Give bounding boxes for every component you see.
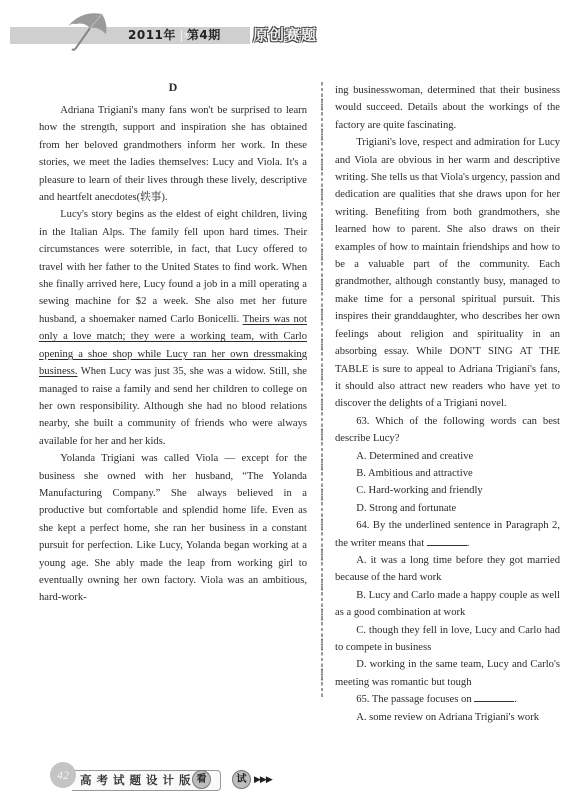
footer-badge-kan: 看 — [192, 770, 211, 789]
question-65-text: 65. The passage focuses on — [356, 694, 474, 705]
question-65-stem: 65. The passage focuses on . — [335, 691, 560, 708]
footer-title: 高考试题设计版 — [80, 771, 196, 789]
question-63-option-d: D. Strong and fortunate — [335, 500, 560, 517]
paragraph-3-continued: ing businesswoman, determined that their… — [335, 82, 560, 134]
question-65-period: . — [514, 694, 517, 705]
question-63-option-c: C. Hard-working and friendly — [335, 482, 560, 499]
issue-label: 2011年第4期 — [128, 27, 221, 44]
question-63-option-a: A. Determined and creative — [335, 448, 560, 465]
question-64-option-b: B. Lucy and Carlo made a happy couple as… — [335, 587, 560, 622]
page-number: 42 — [50, 762, 76, 788]
paragraph-2-intro: Lucy's story begins as the eldest of eig… — [39, 209, 307, 324]
answer-blank — [474, 691, 514, 702]
question-64-period: . — [467, 538, 470, 549]
column-divider — [318, 82, 326, 697]
issue-number: 第4期 — [187, 28, 221, 42]
chevrons-icon: ››› — [183, 27, 190, 44]
paragraph-2: Lucy's story begins as the eldest of eig… — [39, 206, 307, 450]
question-64-option-c: C. though they fell in love, Lucy and Ca… — [335, 622, 560, 657]
issue-year: 2011年 — [128, 28, 176, 42]
left-column: D Adriana Trigiani's many fans won't be … — [39, 70, 307, 607]
page-header: 2011年第4期 ››› 原创赛题 — [0, 0, 581, 60]
question-64-option-a: A. it was a long time before they got ma… — [335, 552, 560, 587]
paragraph-2-rest: When Lucy was just 35, she was a widow. … — [39, 366, 307, 447]
question-63-option-b: B. Ambitious and attractive — [335, 465, 560, 482]
paragraph-4: Trigiani's love, respect and admiration … — [335, 134, 560, 413]
question-65-option-a: A. some review on Adriana Trigiani's wor… — [335, 709, 560, 726]
issue-separator — [181, 30, 182, 42]
paragraph-3: Yolanda Trigiani was called Viola — exce… — [39, 450, 307, 607]
right-column: ing businesswoman, determined that their… — [335, 82, 560, 726]
question-64-stem: 64. By the underlined sentence in Paragr… — [335, 517, 560, 552]
answer-blank — [427, 535, 467, 546]
question-64-option-d: D. working in the same team, Lucy and Ca… — [335, 656, 560, 691]
footer-badge-shi: 试 — [232, 770, 251, 789]
passage-letter: D — [39, 78, 307, 96]
section-title: 原创赛题 — [253, 24, 317, 46]
page-footer: 42 高考试题设计版 看 试 ▶▶▶ — [0, 760, 581, 800]
arrows-icon: ▶▶▶ — [254, 771, 272, 789]
paragraph-1: Adriana Trigiani's many fans won't be su… — [39, 102, 307, 206]
umbrella-icon — [62, 8, 112, 52]
question-63-stem: 63. Which of the following words can bes… — [335, 413, 560, 448]
